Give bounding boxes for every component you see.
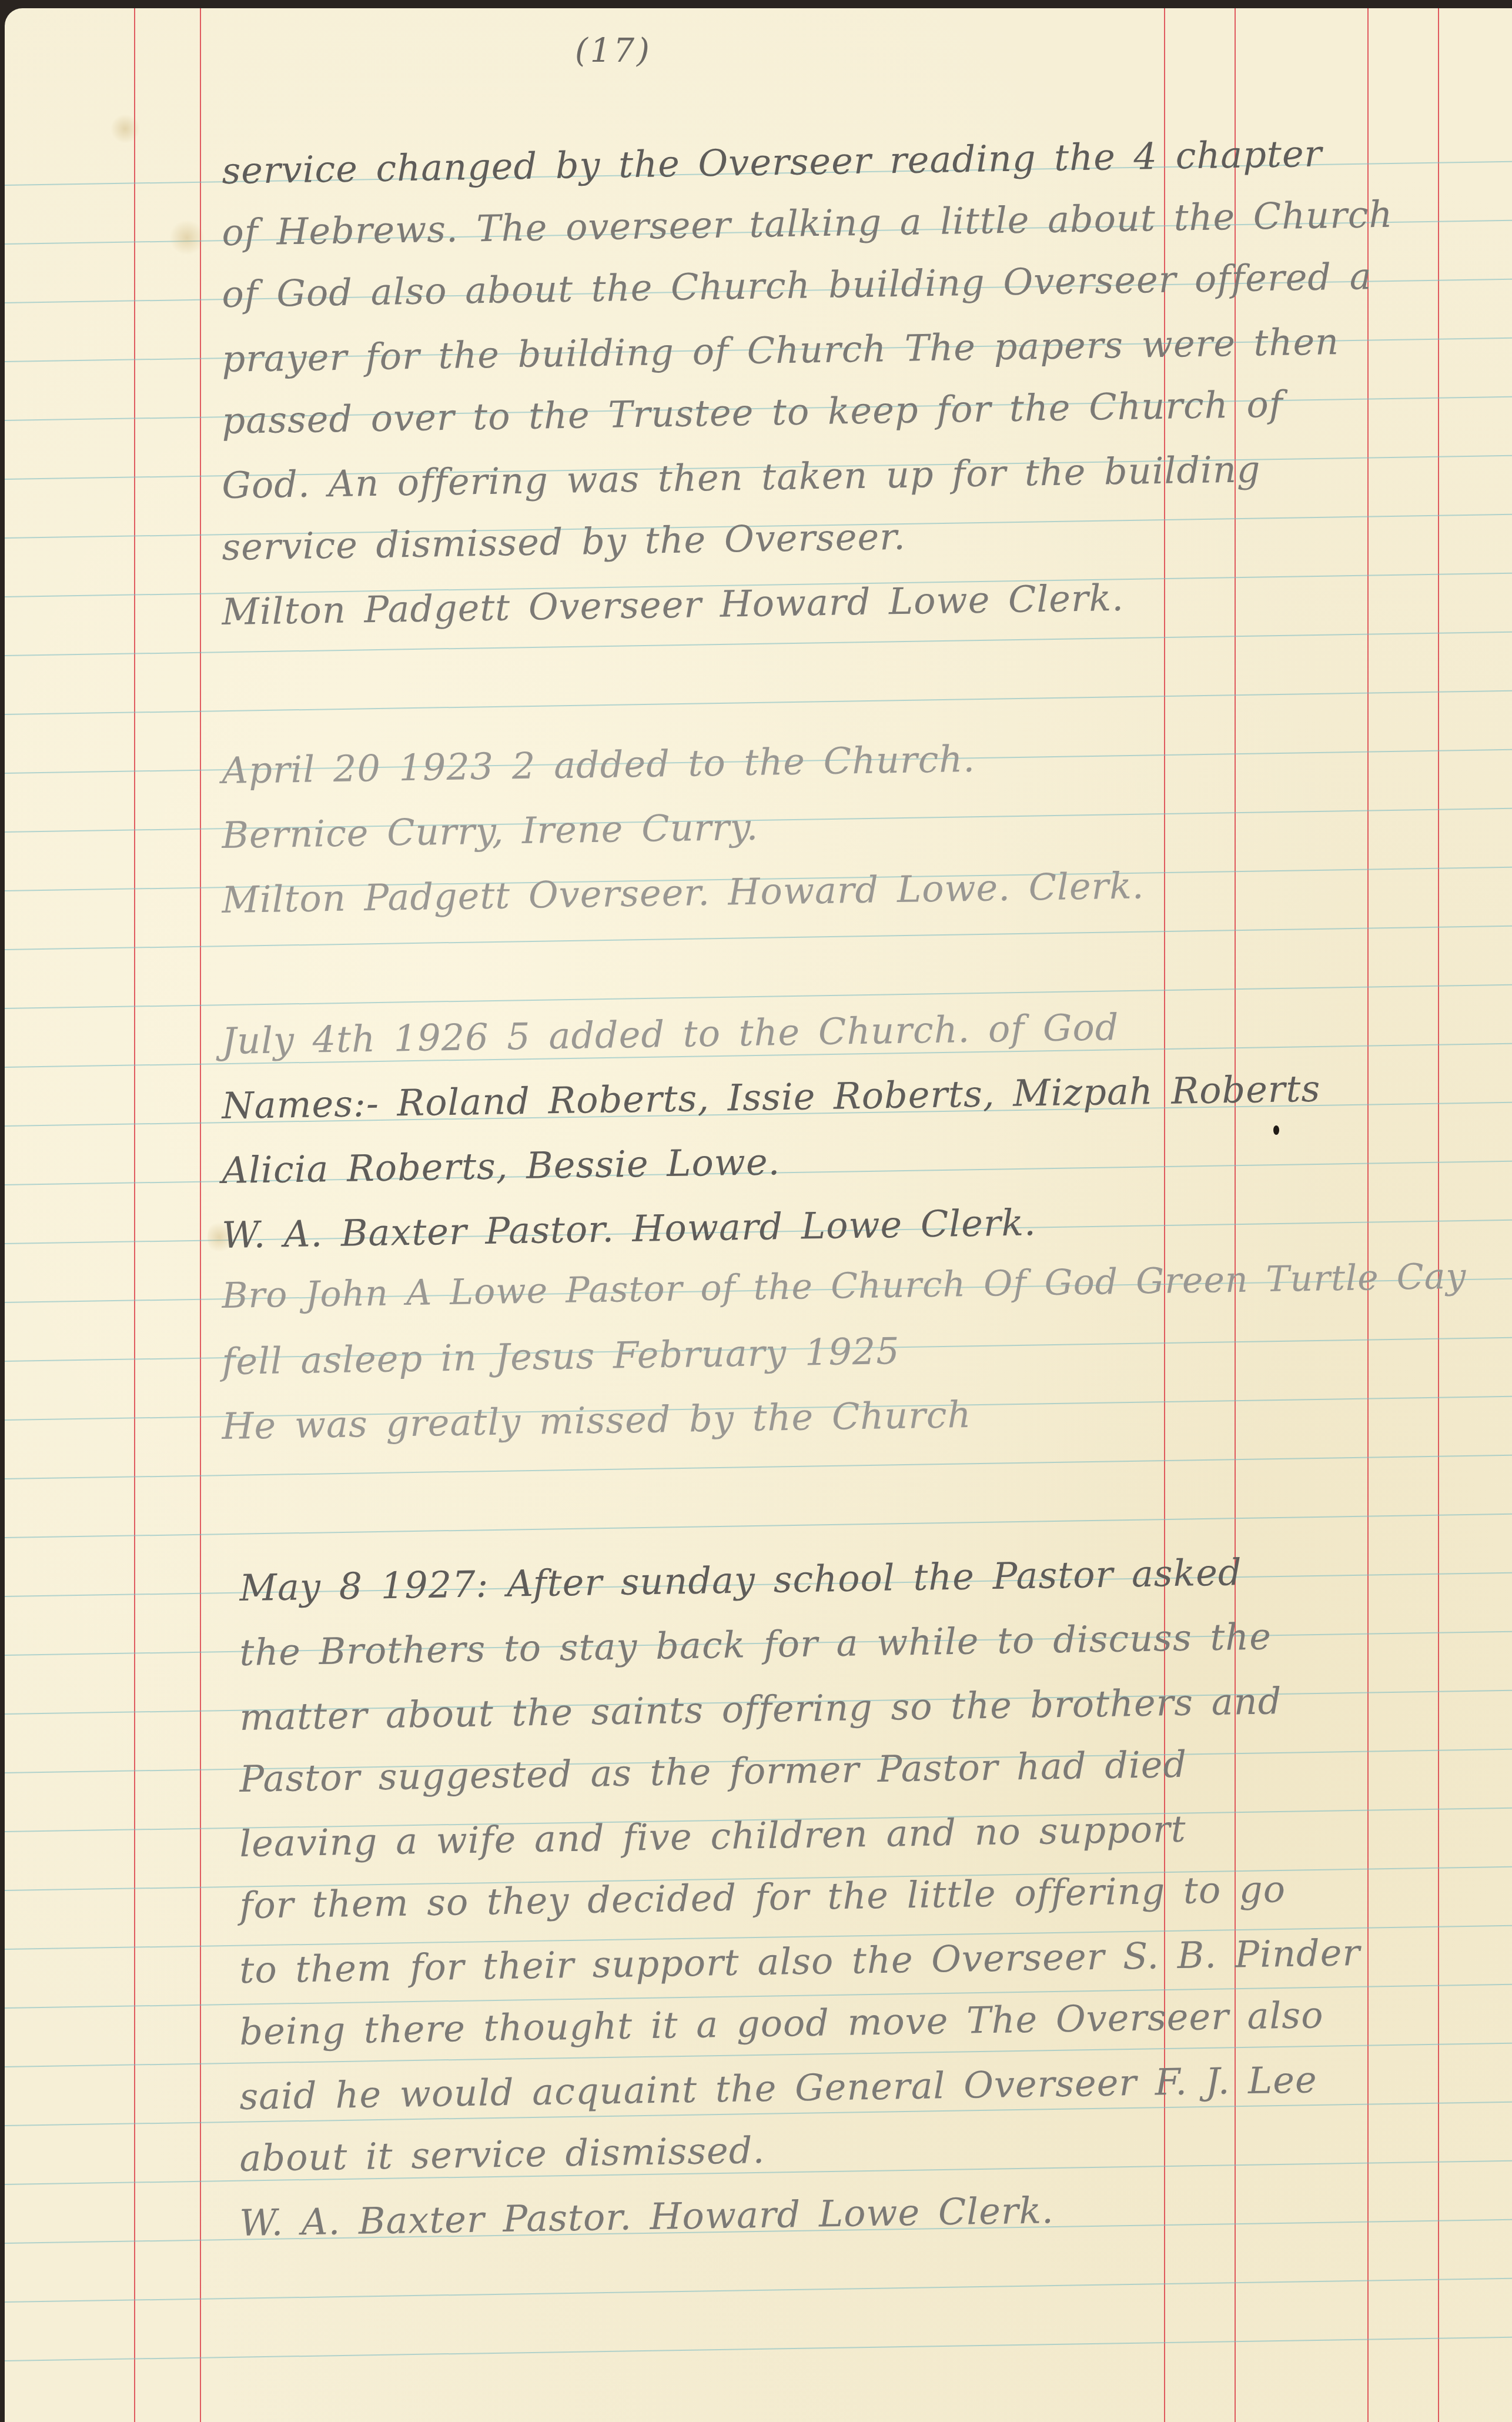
entry-line: Pastor suggested as the former Pastor ha…: [239, 1743, 1187, 1800]
paper-stain: [169, 220, 205, 255]
signature-line: Milton Padgett Overseer Howard Lowe Cler…: [222, 576, 1125, 633]
signature-line: W. A. Baxter Pastor. Howard Lowe Clerk.: [239, 2189, 1054, 2244]
entry-line: matter about the saints offering so the …: [239, 1679, 1282, 1739]
ruled-line: [5, 1454, 1512, 1479]
ledger-page: (17) service changed by the Overseer rea…: [5, 8, 1512, 2422]
entry-line: of God also about the Church building Ov…: [222, 255, 1372, 316]
entry-line: fell asleep in Jesus February 1925: [222, 1329, 900, 1383]
entry-line: of Hebrews. The overseer talking a littl…: [222, 193, 1393, 254]
entry-line: service dismissed by the Overseer.: [222, 515, 906, 569]
entry-line: May 8 1927: After sunday school the Past…: [239, 1551, 1242, 1609]
signature-line: Milton Padgett Overseer. Howard Lowe. Cl…: [222, 864, 1145, 921]
column-line-3: [1367, 8, 1369, 2422]
margin-line-left-inner: [200, 8, 201, 2422]
entry-line: He was greatly missed by the Church: [222, 1393, 972, 1448]
entry-line: to them for their support also the Overs…: [239, 1931, 1361, 1992]
entry-line: passed over to the Trustee to keep for t…: [222, 383, 1283, 442]
entry-line: God. An offering was then taken up for t…: [222, 447, 1261, 507]
page-number: (17): [575, 32, 652, 70]
entry-line: for them so they decided for the little …: [239, 1868, 1286, 1927]
entry-line: April 20 1923 2 added to the Church.: [222, 737, 976, 792]
ruled-line: [5, 631, 1512, 656]
ruled-line: [5, 2277, 1512, 2303]
ruled-line: [5, 690, 1512, 715]
paper-stain: [111, 114, 140, 143]
column-line-4: [1438, 8, 1439, 2422]
signature-line: W. A. Baxter Pastor. Howard Lowe Clerk.: [222, 1201, 1036, 1257]
ruled-line: [5, 1513, 1512, 1538]
entry-line: Names:- Roland Roberts, Issie Roberts, M…: [222, 1067, 1321, 1127]
entry-line: Alicia Roberts, Bessie Lowe.: [222, 1140, 781, 1192]
entry-line: Bernice Curry, Irene Curry.: [222, 806, 759, 857]
ruled-line: [5, 984, 1512, 1009]
entry-line: Bro John A Lowe Pastor of the Church Of …: [222, 1256, 1467, 1317]
column-line-1: [1164, 8, 1165, 2422]
entry-line: leaving a wife and five children and no …: [239, 1808, 1186, 1865]
entry-line: about it service dismissed.: [239, 2129, 765, 2180]
ruled-line: [5, 2336, 1512, 2361]
entry-line: service changed by the Overseer reading …: [222, 132, 1323, 192]
entry-line: the Brothers to stay back for a while to…: [239, 1615, 1272, 1674]
entry-line: July 4th 1926 5 added to the Church. of …: [222, 1005, 1119, 1063]
entry-line: prayer for the building of Church The pa…: [222, 320, 1340, 380]
margin-line-left-outer: [134, 8, 135, 2422]
ink-blot: [1273, 1125, 1279, 1135]
ruled-line: [5, 925, 1512, 950]
entry-line: said he would acquaint the General Overs…: [239, 2058, 1317, 2118]
